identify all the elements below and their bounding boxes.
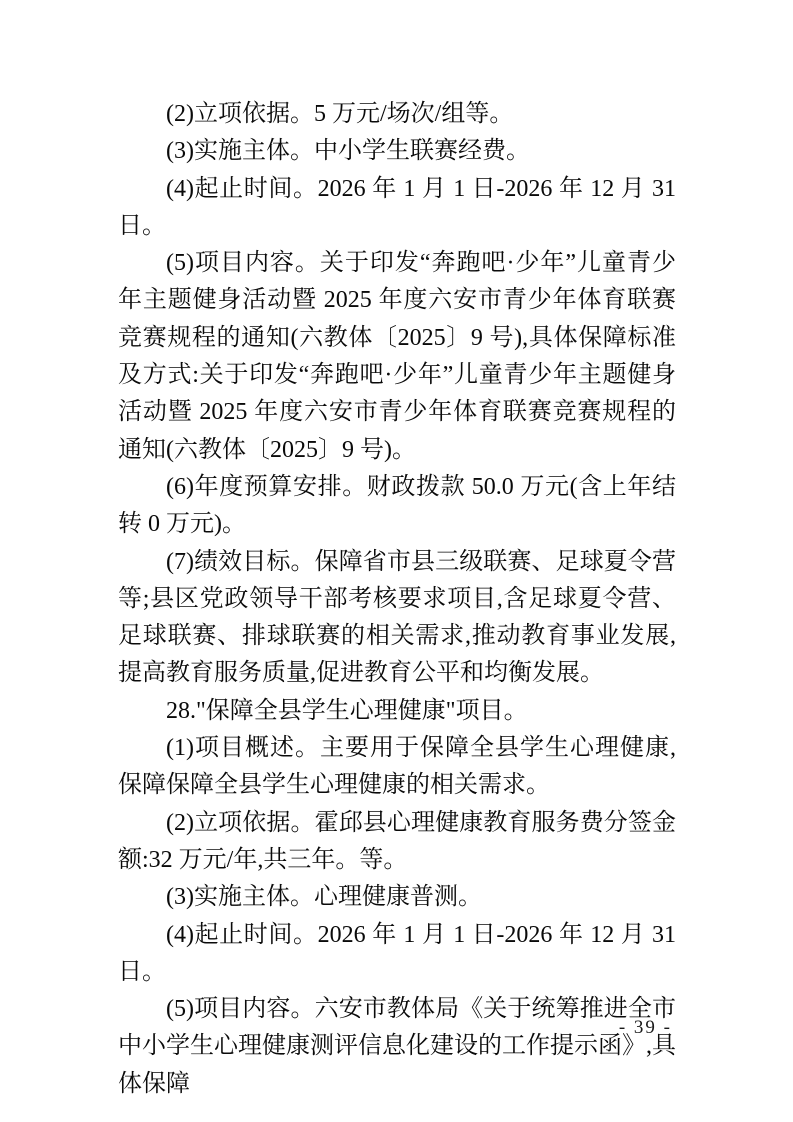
paragraph-time-period: (4)起止时间。2026 年 1 月 1 日-2026 年 12 月 31 日。 xyxy=(118,171,676,246)
paragraph-project-content-2: (5)项目内容。六安市教体局《关于统筹推进全市中小学生心理健康测评信息化建设的工… xyxy=(118,991,676,1103)
paragraph-annual-budget: (6)年度预算安排。财政拨款 50.0 万元(含上年结转 0 万元)。 xyxy=(118,469,676,544)
paragraph-project-content: (5)项目内容。关于印发“奔跑吧·少年”儿童青少年主题健身活动暨 2025 年度… xyxy=(118,245,676,469)
paragraph-project-28-title: 28."保障全县学生心理健康"项目。 xyxy=(118,693,676,730)
document-body: (2)立项依据。5 万元/场次/组等。 (3)实施主体。中小学生联赛经费。 (4… xyxy=(118,96,676,1103)
paragraph-time-period-2: (4)起止时间。2026 年 1 月 1 日-2026 年 12 月 31 日。 xyxy=(118,917,676,992)
document-page: (2)立项依据。5 万元/场次/组等。 (3)实施主体。中小学生联赛经费。 (4… xyxy=(0,0,793,1122)
paragraph-performance-target: (7)绩效目标。保障省市县三级联赛、足球夏令营等;县区党政领导干部考核要求项目,… xyxy=(118,544,676,693)
paragraph-implementing-body: (3)实施主体。中小学生联赛经费。 xyxy=(118,133,676,170)
paragraph-item-basis-2: (2)立项依据。霍邱县心理健康教育服务费分签金额:32 万元/年,共三年。等。 xyxy=(118,805,676,880)
page-number: - 39 - xyxy=(619,1016,672,1040)
paragraph-project-overview: (1)项目概述。主要用于保障全县学生心理健康,保障保障全县学生心理健康的相关需求… xyxy=(118,730,676,805)
paragraph-item-basis: (2)立项依据。5 万元/场次/组等。 xyxy=(118,96,676,133)
paragraph-implementing-body-2: (3)实施主体。心理健康普测。 xyxy=(118,879,676,916)
